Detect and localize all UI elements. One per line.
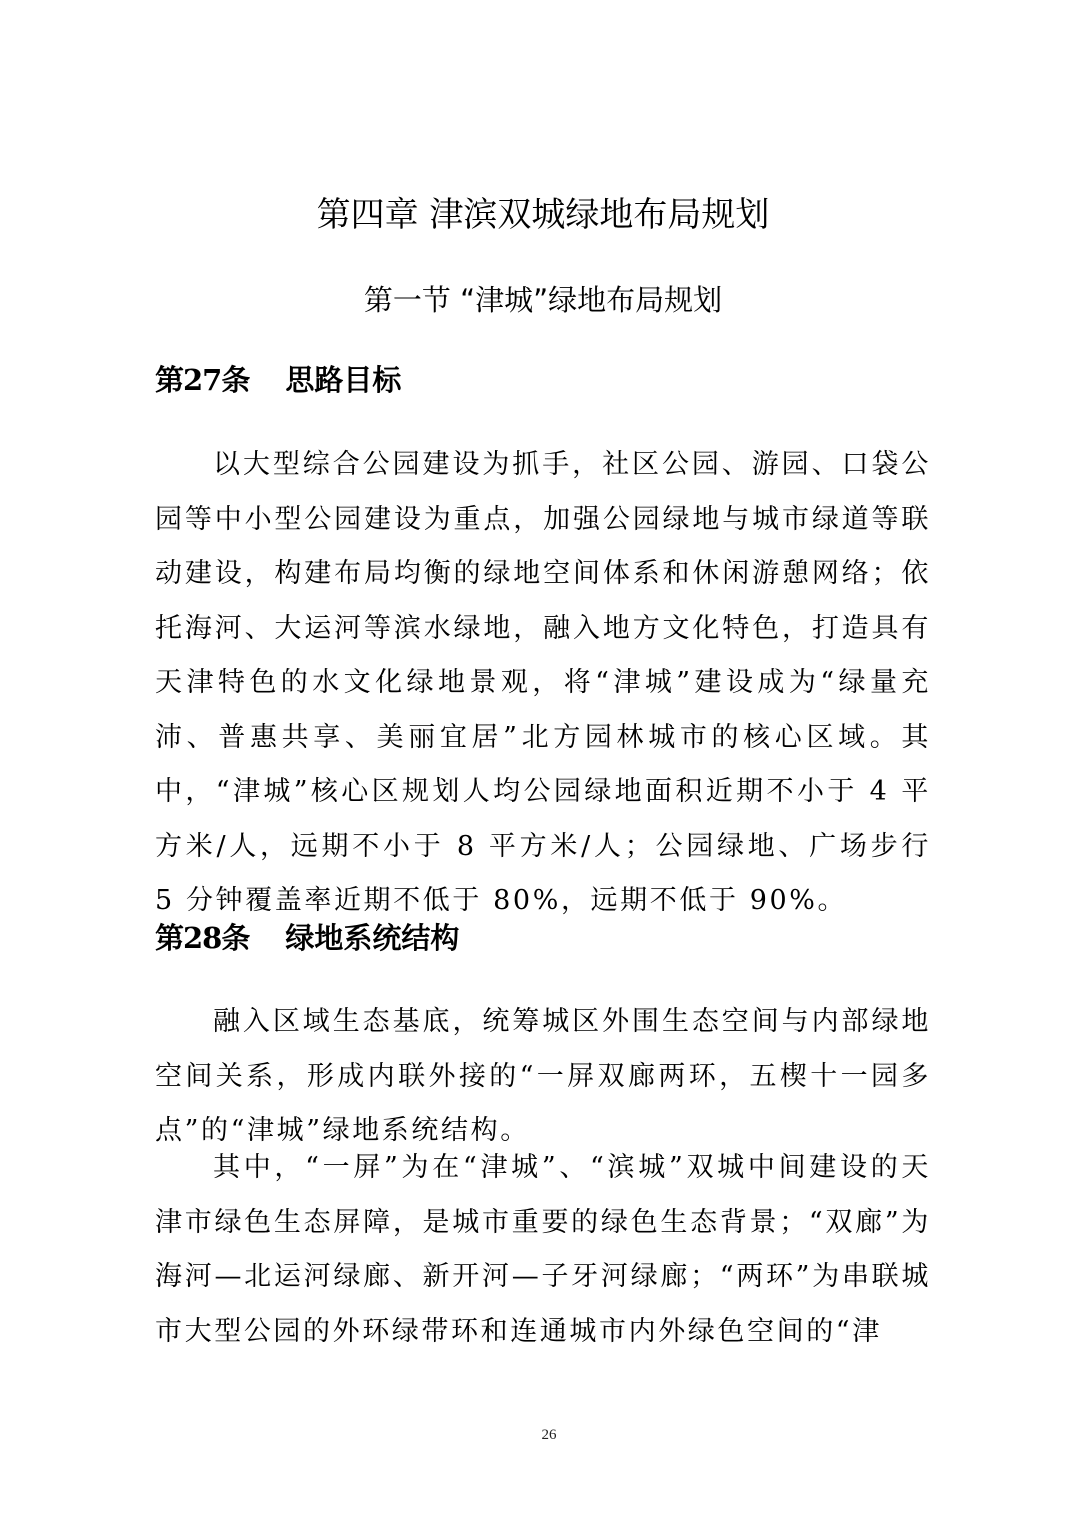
document-page: 第四章 津滨双城绿地布局规划 第一节 “津城”绿地布局规划 第27条思路目标 以…	[0, 0, 1074, 1520]
page-number: 26	[12, 1427, 1074, 1444]
article-number: 第27条	[155, 363, 249, 397]
article-28-heading: 第28条绿地系统结构	[155, 918, 459, 958]
chapter-title: 第四章 津滨双城绿地布局规划	[6, 190, 1074, 240]
article-27-heading: 第27条思路目标	[155, 360, 401, 400]
article-number: 第28条	[155, 921, 249, 955]
article-title: 绿地系统结构	[285, 921, 459, 955]
article-28-paragraph-2: 其中，“一屏”为在“津城”、“滨城”双城中间建设的天津市绿色生态屏障，是城市重要…	[155, 1141, 931, 1359]
article-27-paragraph: 以大型综合公园建设为抓手，社区公园、游园、口袋公园等中小型公园建设为重点，加强公…	[155, 438, 931, 929]
article-title: 思路目标	[285, 363, 401, 397]
article-28-paragraph-1: 融入区域生态基底，统筹城区外围生态空间与内部绿地空间关系，形成内联外接的“一屏双…	[155, 995, 931, 1159]
section-title: 第一节 “津城”绿地布局规划	[6, 278, 1074, 322]
